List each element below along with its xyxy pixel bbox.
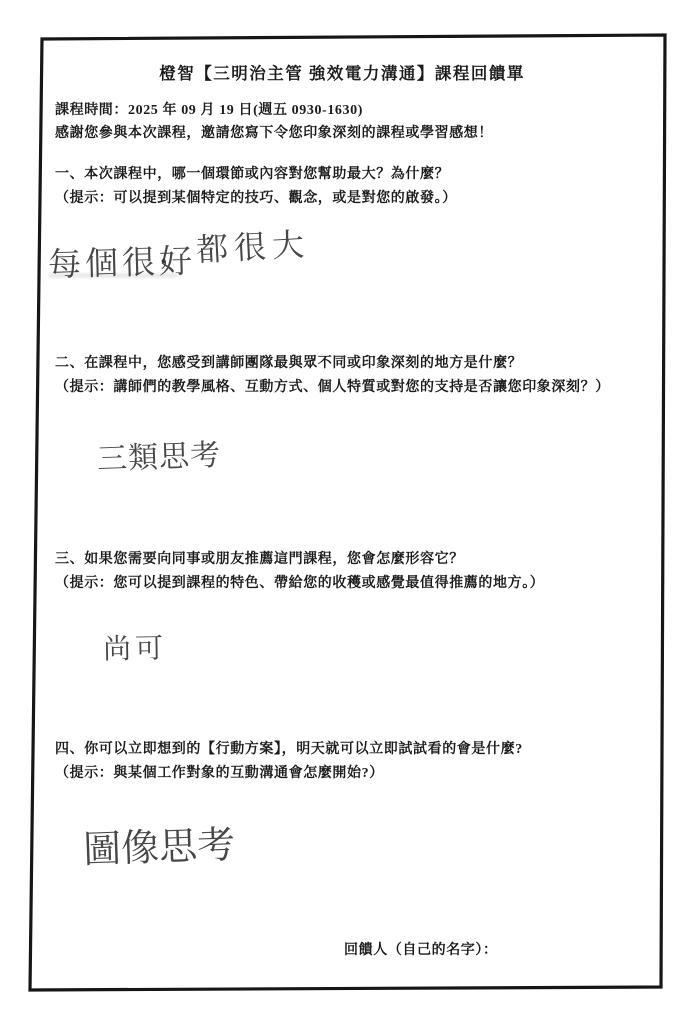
handwritten-answer-3: 尚可 xyxy=(103,626,168,667)
question-4: 四、你可以立即想到的【行動方案】，明天就可以立即試試看的會是什麼? （提示：與某… xyxy=(55,738,523,786)
question-1-text: 一、本次課程中，哪一個環節或內容對您幫助最大？為什麼？ xyxy=(55,163,457,187)
question-1-hint: （提示：可以提到某個特定的技巧、觀念，或是對您的啟發。） xyxy=(55,187,457,211)
question-2-text: 二、在課程中，您感受到講師團隊最與眾不同或印象深刻的地方是什麼？ xyxy=(55,352,610,376)
question-4-hint: （提示：與某個工作對象的互動溝通會怎麼開始?） xyxy=(55,762,523,786)
question-2: 二、在課程中，您感受到講師團隊最與眾不同或印象深刻的地方是什麼？ （提示：講師們… xyxy=(55,352,610,400)
question-1: 一、本次課程中，哪一個環節或內容對您幫助最大？為什麼？ （提示：可以提到某個特定… xyxy=(55,163,457,211)
scan-smudge xyxy=(48,273,178,278)
course-time-line: 課程時間：2025 年 09 月 19 日(週五 0930-1630) xyxy=(55,99,363,122)
handwritten-answer-4: 圖像思考 xyxy=(82,813,236,873)
question-4-text: 四、你可以立即想到的【行動方案】，明天就可以立即試試看的會是什麼? xyxy=(55,738,523,762)
form-title: 橙智【三明治主管 強效電力溝通】課程回饋單 xyxy=(40,62,644,85)
question-3: 三、如果您需要向同事或朋友推薦這門課程，您會怎麼形容它？ （提示：您可以提到課程… xyxy=(55,548,544,596)
intro-line: 感謝您參與本次課程，邀請您寫下令您印象深刻的課程或學習感想！ xyxy=(55,122,493,145)
question-3-hint: （提示：您可以提到課程的特色、帶給您的收穫或感覺最值得推薦的地方。） xyxy=(55,572,544,596)
handwritten-answer-2: 三類思考 xyxy=(96,430,221,478)
question-2-hint: （提示：講師們的教學風格、互動方式、個人特質或對您的支持是否讓您印象深刻？） xyxy=(55,376,610,400)
scanned-course-feedback-form: 橙智【三明治主管 強效電力溝通】課程回饋單 課程時間：2025 年 09 月 1… xyxy=(0,0,690,1024)
question-3-text: 三、如果您需要向同事或朋友推薦這門課程，您會怎麼形容它？ xyxy=(55,548,544,572)
signature-label: 回饋人（自己的名字）： xyxy=(344,939,498,962)
handwritten-answer-1-continued: ，都很大 xyxy=(157,219,311,273)
